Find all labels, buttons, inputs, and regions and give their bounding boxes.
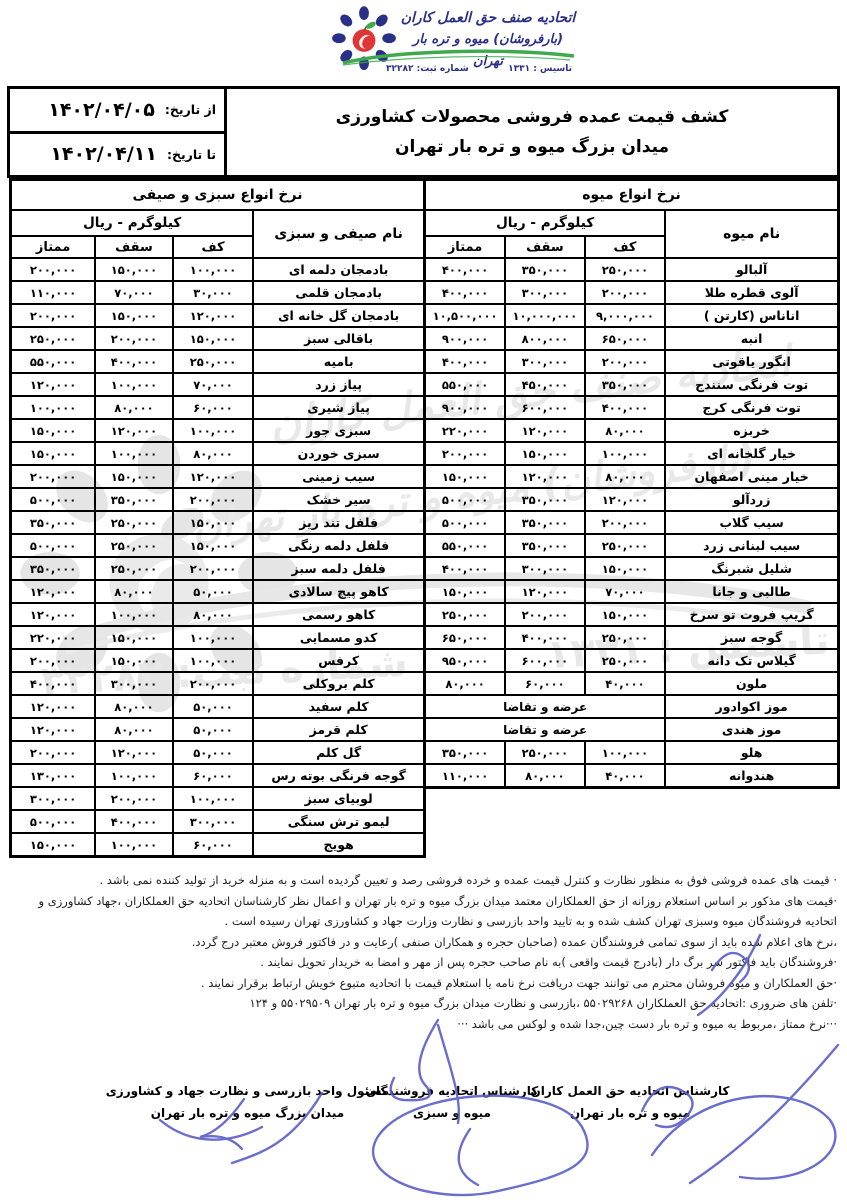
product-name: اناناس (کارتن ) <box>665 304 838 327</box>
fruit-price-table: نرخ انواع میوه نام میوه کیلوگرم - ریال ک… <box>423 178 840 789</box>
signature-subtitle: میدان بزرگ میوه و تره بار تهران <box>100 1102 395 1124</box>
table-row: کدو مسمایی۱۰۰,۰۰۰۱۵۰,۰۰۰۲۲۰,۰۰۰ <box>11 626 425 649</box>
table-row: آلوی قطره طلا۲۰۰,۰۰۰۳۰۰,۰۰۰۴۰۰,۰۰۰ <box>425 281 839 304</box>
price-ceiling: ۱۲۰,۰۰۰ <box>95 419 173 442</box>
price-floor: ۲۵۰,۰۰۰ <box>585 649 666 672</box>
table-row: سبزی خوردن۸۰,۰۰۰۱۰۰,۰۰۰۱۵۰,۰۰۰ <box>11 442 425 465</box>
price-ceiling: ۱۲۰,۰۰۰ <box>505 580 585 603</box>
product-name: فلفل تند ریز <box>253 511 424 534</box>
product-name: خیار گلخانه ای <box>665 442 838 465</box>
table-row: فلفل دلمه رنگی۱۵۰,۰۰۰۲۵۰,۰۰۰۵۰۰,۰۰۰ <box>11 534 425 557</box>
price-floor: ۷۰,۰۰۰ <box>173 373 254 396</box>
price-ceiling: ۱۲۰,۰۰۰ <box>95 741 173 764</box>
product-name: سیب لبنانی زرد <box>665 534 838 557</box>
product-name: بادمجان دلمه ای <box>253 258 424 281</box>
supply-demand-cell: عرضه و تقاضا <box>425 695 666 718</box>
price-floor: ۵۰,۰۰۰ <box>173 580 254 603</box>
table-row: خیار گلخانه ای۱۰۰,۰۰۰۱۵۰,۰۰۰۲۰۰,۰۰۰ <box>425 442 839 465</box>
price-ceiling: ۸۰,۰۰۰ <box>95 695 173 718</box>
table-row: گیلاس تک دانه۲۵۰,۰۰۰۶۰۰,۰۰۰۹۵۰,۰۰۰ <box>425 649 839 672</box>
note-line: ·حق العملکاران و میوه فروشان محترم می تو… <box>10 973 837 994</box>
price-premium: ۱۱۰,۰۰۰ <box>425 764 506 788</box>
product-name: فلفل دلمه سبز <box>253 557 424 580</box>
price-floor: ۹,۰۰۰,۰۰۰ <box>585 304 666 327</box>
price-premium: ۴۰۰,۰۰۰ <box>425 258 506 281</box>
price-premium: ۵۰۰,۰۰۰ <box>11 810 96 833</box>
product-name: گوجه فرنگی بوته رس <box>253 764 424 787</box>
note-line: ···نرخ ممتاز ،مربوط به میوه و تره بار دس… <box>10 1014 837 1035</box>
price-premium: ۹۵۰,۰۰۰ <box>425 649 506 672</box>
table-row: خیار مینی اصفهان۸۰,۰۰۰۱۲۰,۰۰۰۱۵۰,۰۰۰ <box>425 465 839 488</box>
table-row: بادمجان قلمی۳۰,۰۰۰۷۰,۰۰۰۱۱۰,۰۰۰ <box>11 281 425 304</box>
table-row: توت فرنگی سنندج۳۵۰,۰۰۰۴۵۰,۰۰۰۵۵۰,۰۰۰ <box>425 373 839 396</box>
product-name: پیاز شیری <box>253 396 424 419</box>
product-name: زردآلو <box>665 488 838 511</box>
veg-col-ceiling: سقف <box>95 236 173 258</box>
signature-block-inspection-officer: مسئول واحد بازرسی و نظارت جهاد و کشاورزی… <box>100 1080 395 1124</box>
product-name: توت فرنگی سنندج <box>665 373 838 396</box>
note-line: ،نرخ های اعلام شده باید از سوی تمامی فرو… <box>10 932 837 953</box>
table-row: بامیه۲۵۰,۰۰۰۴۰۰,۰۰۰۵۵۰,۰۰۰ <box>11 350 425 373</box>
price-premium: ۵۰۰,۰۰۰ <box>11 488 96 511</box>
price-floor: ۸۰,۰۰۰ <box>585 465 666 488</box>
price-floor: ۱۰۰,۰۰۰ <box>585 442 666 465</box>
price-premium: ۱۲۰,۰۰۰ <box>11 373 96 396</box>
table-row: کلم قرمز۵۰,۰۰۰۸۰,۰۰۰۱۲۰,۰۰۰ <box>11 718 425 741</box>
product-name: سیب زمینی <box>253 465 424 488</box>
price-premium: ۱۵۰,۰۰۰ <box>425 580 506 603</box>
price-premium: ۲۲۰,۰۰۰ <box>11 626 96 649</box>
price-floor: ۱۰۰,۰۰۰ <box>173 626 254 649</box>
price-ceiling: ۴۵۰,۰۰۰ <box>505 373 585 396</box>
price-floor: ۱۰۰,۰۰۰ <box>173 258 254 281</box>
price-floor: ۲۰۰,۰۰۰ <box>585 281 666 304</box>
table-row: پیاز شیری۶۰,۰۰۰۸۰,۰۰۰۱۰۰,۰۰۰ <box>11 396 425 419</box>
price-premium: ۲۰۰,۰۰۰ <box>425 442 506 465</box>
price-ceiling: ۳۵۰,۰۰۰ <box>505 534 585 557</box>
price-premium: ۴۰۰,۰۰۰ <box>425 350 506 373</box>
price-premium: ۱۵۰,۰۰۰ <box>11 833 96 857</box>
product-name: کلم قرمز <box>253 718 424 741</box>
price-premium: ۲۰۰,۰۰۰ <box>11 304 96 327</box>
price-floor: ۱۵۰,۰۰۰ <box>585 603 666 626</box>
table-row: انبه۶۵۰,۰۰۰۸۰۰,۰۰۰۹۰۰,۰۰۰ <box>425 327 839 350</box>
table-row: موز اکوادورعرضه و تقاضا <box>425 695 839 718</box>
price-ceiling: ۸۰,۰۰۰ <box>505 764 585 788</box>
price-floor: ۱۵۰,۰۰۰ <box>173 511 254 534</box>
table-row: گل کلم۵۰,۰۰۰۱۲۰,۰۰۰۲۰۰,۰۰۰ <box>11 741 425 764</box>
product-name: سیر خشک <box>253 488 424 511</box>
table-row: کلم بروکلی۲۰۰,۰۰۰۳۰۰,۰۰۰۴۰۰,۰۰۰ <box>11 672 425 695</box>
product-name: آلبالو <box>665 258 838 281</box>
price-ceiling: ۸۰,۰۰۰ <box>95 718 173 741</box>
price-floor: ۲۰۰,۰۰۰ <box>585 350 666 373</box>
price-ceiling: ۱۲۰,۰۰۰ <box>505 465 585 488</box>
price-floor: ۵۰,۰۰۰ <box>173 718 254 741</box>
table-row: شلیل شبرنگ۱۵۰,۰۰۰۳۰۰,۰۰۰۴۰۰,۰۰۰ <box>425 557 839 580</box>
price-premium: ۲۵۰,۰۰۰ <box>425 603 506 626</box>
established-label: تاسیس : ۱۳۳۱ <box>508 64 572 74</box>
price-floor: ۸۰,۰۰۰ <box>173 442 254 465</box>
table-row: انگور یاقوتی۲۰۰,۰۰۰۳۰۰,۰۰۰۴۰۰,۰۰۰ <box>425 350 839 373</box>
table-row: اناناس (کارتن )۹,۰۰۰,۰۰۰۱۰,۰۰۰,۰۰۰۱۰,۵۰۰… <box>425 304 839 327</box>
product-name: هندوانه <box>665 764 838 788</box>
veg-unit-header: کیلوگرم - ریال <box>11 210 254 236</box>
table-row: طالبی و جانا۷۰,۰۰۰۱۲۰,۰۰۰۱۵۰,۰۰۰ <box>425 580 839 603</box>
price-premium: ۲۰۰,۰۰۰ <box>11 258 96 281</box>
price-floor: ۱۲۰,۰۰۰ <box>585 488 666 511</box>
title-line1: کشف قیمت عمده فروشی محصولات کشاورزی <box>227 102 837 132</box>
price-floor: ۵۰,۰۰۰ <box>173 695 254 718</box>
product-name: گریپ فروت تو سرخ <box>665 603 838 626</box>
product-name: سیب گلاب <box>665 511 838 534</box>
price-floor: ۶۰,۰۰۰ <box>173 833 254 857</box>
price-floor: ۱۵۰,۰۰۰ <box>173 534 254 557</box>
price-ceiling: ۳۵۰,۰۰۰ <box>95 488 173 511</box>
product-name: پیاز زرد <box>253 373 424 396</box>
table-row: موز هندیعرضه و تقاضا <box>425 718 839 741</box>
price-ceiling: ۱۰۰,۰۰۰ <box>95 442 173 465</box>
price-floor: ۳۰۰,۰۰۰ <box>173 810 254 833</box>
date-from-label: از تاریخ: <box>165 102 216 117</box>
price-floor: ۴۰,۰۰۰ <box>585 672 666 695</box>
table-row: هویج۶۰,۰۰۰۱۰۰,۰۰۰۱۵۰,۰۰۰ <box>11 833 425 857</box>
product-name: موز اکوادور <box>665 695 838 718</box>
price-floor: ۶۵۰,۰۰۰ <box>585 327 666 350</box>
note-line: ·تلفن های ضروری :اتحادیه حق العملکاران ۵… <box>10 993 837 1014</box>
price-floor: ۴۰,۰۰۰ <box>585 764 666 788</box>
price-floor: ۶۰,۰۰۰ <box>173 764 254 787</box>
price-premium: ۵۵۰,۰۰۰ <box>425 534 506 557</box>
table-row: بادمجان دلمه ای۱۰۰,۰۰۰۱۵۰,۰۰۰۲۰۰,۰۰۰ <box>11 258 425 281</box>
product-name: کاهو پیچ سالادی <box>253 580 424 603</box>
price-ceiling: ۱۰۰,۰۰۰ <box>95 764 173 787</box>
product-name: ملون <box>665 672 838 695</box>
note-line: ·قیمت های مذکور بر اساس استعلام روزانه ا… <box>10 891 837 912</box>
price-ceiling: ۱۵۰,۰۰۰ <box>95 649 173 672</box>
price-ceiling: ۲۵۰,۰۰۰ <box>505 741 585 764</box>
price-ceiling: ۱۵۰,۰۰۰ <box>95 258 173 281</box>
product-name: خیار مینی اصفهان <box>665 465 838 488</box>
price-ceiling: ۶۰,۰۰۰ <box>505 672 585 695</box>
price-premium: ۳۵۰,۰۰۰ <box>11 511 96 534</box>
price-ceiling: ۱۲۰,۰۰۰ <box>505 419 585 442</box>
price-premium: ۱۱۰,۰۰۰ <box>11 281 96 304</box>
price-premium: ۱۵۰,۰۰۰ <box>11 419 96 442</box>
price-ceiling: ۱۵۰,۰۰۰ <box>95 626 173 649</box>
price-floor: ۵۰,۰۰۰ <box>173 741 254 764</box>
table-row: آلبالو۲۵۰,۰۰۰۳۵۰,۰۰۰۴۰۰,۰۰۰ <box>425 258 839 281</box>
price-premium: ۲۰۰,۰۰۰ <box>11 741 96 764</box>
price-ceiling: ۶۰۰,۰۰۰ <box>505 396 585 419</box>
price-premium: ۵۰۰,۰۰۰ <box>425 511 506 534</box>
price-ceiling: ۶۰۰,۰۰۰ <box>505 649 585 672</box>
note-line: ·فروشندگان باید فاکتور سر برگ دار (بادرج… <box>10 952 837 973</box>
date-from-row: از تاریخ: ۱۴۰۲/۰۴/۰۵ <box>10 89 224 131</box>
price-floor: ۲۵۰,۰۰۰ <box>585 626 666 649</box>
price-tables: نرخ انواع میوه نام میوه کیلوگرم - ریال ک… <box>7 178 840 858</box>
price-ceiling: ۲۵۰,۰۰۰ <box>95 511 173 534</box>
table-row: کاهو رسمی۸۰,۰۰۰۱۰۰,۰۰۰۱۲۰,۰۰۰ <box>11 603 425 626</box>
price-premium: ۵۵۰,۰۰۰ <box>425 373 506 396</box>
table-row: زردآلو۱۲۰,۰۰۰۳۵۰,۰۰۰۵۰۰,۰۰۰ <box>425 488 839 511</box>
price-premium: ۹۰۰,۰۰۰ <box>425 327 506 350</box>
product-name: فلفل دلمه رنگی <box>253 534 424 557</box>
price-ceiling: ۲۰۰,۰۰۰ <box>505 603 585 626</box>
table-row: لیمو ترش سنگی۳۰۰,۰۰۰۴۰۰,۰۰۰۵۰۰,۰۰۰ <box>11 810 425 833</box>
price-floor: ۲۵۰,۰۰۰ <box>173 350 254 373</box>
table-row: گوجه سبز۲۵۰,۰۰۰۴۰۰,۰۰۰۶۵۰,۰۰۰ <box>425 626 839 649</box>
price-ceiling: ۲۵۰,۰۰۰ <box>95 534 173 557</box>
table-row: فلفل دلمه سبز۲۰۰,۰۰۰۲۵۰,۰۰۰۳۵۰,۰۰۰ <box>11 557 425 580</box>
table-row: سیر خشک۲۰۰,۰۰۰۳۵۰,۰۰۰۵۰۰,۰۰۰ <box>11 488 425 511</box>
price-premium: ۵۵۰,۰۰۰ <box>11 350 96 373</box>
price-floor: ۷۰,۰۰۰ <box>585 580 666 603</box>
price-floor: ۱۰۰,۰۰۰ <box>173 419 254 442</box>
price-floor: ۲۰۰,۰۰۰ <box>173 557 254 580</box>
price-premium: ۴۰۰,۰۰۰ <box>11 672 96 695</box>
table-row: هندوانه۴۰,۰۰۰۸۰,۰۰۰۱۱۰,۰۰۰ <box>425 764 839 788</box>
product-name: کاهو رسمی <box>253 603 424 626</box>
price-floor: ۳۵۰,۰۰۰ <box>585 373 666 396</box>
table-row: گوجه فرنگی بوته رس۶۰,۰۰۰۱۰۰,۰۰۰۱۳۰,۰۰۰ <box>11 764 425 787</box>
table-row: خربزه۸۰,۰۰۰۱۲۰,۰۰۰۲۲۰,۰۰۰ <box>425 419 839 442</box>
price-premium: ۲۲۰,۰۰۰ <box>425 419 506 442</box>
price-floor: ۴۰۰,۰۰۰ <box>585 396 666 419</box>
product-name: بادمجان قلمی <box>253 281 424 304</box>
date-to-value: ۱۴۰۲/۰۴/۱۱ <box>50 143 157 165</box>
product-name: آلوی قطره طلا <box>665 281 838 304</box>
price-floor: ۸۰,۰۰۰ <box>173 603 254 626</box>
price-floor: ۸۰,۰۰۰ <box>585 419 666 442</box>
price-premium: ۲۵۰,۰۰۰ <box>11 327 96 350</box>
price-premium: ۳۵۰,۰۰۰ <box>11 557 96 580</box>
price-floor: ۱۲۰,۰۰۰ <box>173 465 254 488</box>
note-line: اتحادیه فروشندگان میوه وسبزی تهران کشف ش… <box>10 911 837 932</box>
date-from-value: ۱۴۰۲/۰۴/۰۵ <box>48 99 155 121</box>
product-name: خربزه <box>665 419 838 442</box>
price-premium: ۱۰۰,۰۰۰ <box>11 396 96 419</box>
document-title: کشف قیمت عمده فروشی محصولات کشاورزی میدا… <box>227 89 837 175</box>
fruit-col-floor: کف <box>585 236 666 258</box>
product-name: توت فرنگی کرج <box>665 396 838 419</box>
price-premium: ۱۲۰,۰۰۰ <box>11 580 96 603</box>
product-name: هویج <box>253 833 424 857</box>
price-ceiling: ۳۵۰,۰۰۰ <box>505 258 585 281</box>
price-floor: ۲۰۰,۰۰۰ <box>173 672 254 695</box>
registration-line: تاسیس : ۱۳۳۱ شماره ثبت: ۳۲۲۸۲ <box>386 64 572 74</box>
price-premium: ۱۲۰,۰۰۰ <box>11 718 96 741</box>
price-ceiling: ۸۰۰,۰۰۰ <box>505 327 585 350</box>
product-name: طالبی و جانا <box>665 580 838 603</box>
table-row: بادمجان گل خانه ای۱۲۰,۰۰۰۱۵۰,۰۰۰۲۰۰,۰۰۰ <box>11 304 425 327</box>
price-premium: ۵۰۰,۰۰۰ <box>425 488 506 511</box>
footnotes: · قیمت های عمده فروشی فوق به منظور نظارت… <box>10 870 837 1034</box>
product-name: بادمجان گل خانه ای <box>253 304 424 327</box>
product-name: بامیه <box>253 350 424 373</box>
registration-label: شماره ثبت: ۳۲۲۸۲ <box>386 64 469 74</box>
product-name: سبزی خوردن <box>253 442 424 465</box>
table-row: سبزی جور۱۰۰,۰۰۰۱۲۰,۰۰۰۱۵۰,۰۰۰ <box>11 419 425 442</box>
price-ceiling: ۳۰۰,۰۰۰ <box>505 350 585 373</box>
price-ceiling: ۳۰۰,۰۰۰ <box>95 672 173 695</box>
price-premium: ۱۲۰,۰۰۰ <box>11 603 96 626</box>
price-premium: ۸۰,۰۰۰ <box>425 672 506 695</box>
price-ceiling: ۲۰۰,۰۰۰ <box>95 327 173 350</box>
fruit-col-ceiling: سقف <box>505 236 585 258</box>
table-row: کرفس۱۰۰,۰۰۰۱۵۰,۰۰۰۲۰۰,۰۰۰ <box>11 649 425 672</box>
price-premium: ۴۰۰,۰۰۰ <box>425 557 506 580</box>
price-premium: ۲۰۰,۰۰۰ <box>11 649 96 672</box>
price-ceiling: ۱۰۰,۰۰۰ <box>95 833 173 857</box>
product-name: کدو مسمایی <box>253 626 424 649</box>
price-ceiling: ۲۰۰,۰۰۰ <box>95 787 173 810</box>
product-name: کرفس <box>253 649 424 672</box>
price-floor: ۱۰۰,۰۰۰ <box>585 741 666 764</box>
org-name-line1: اتحادیه صنف حق العمل کاران <box>398 7 578 29</box>
signature-title: مسئول واحد بازرسی و نظارت جهاد و کشاورزی <box>100 1080 395 1102</box>
price-ceiling: ۴۰۰,۰۰۰ <box>95 350 173 373</box>
product-name: باقالی سبز <box>253 327 424 350</box>
product-name: کلم بروکلی <box>253 672 424 695</box>
product-name: انبه <box>665 327 838 350</box>
table-row: پیاز زرد۷۰,۰۰۰۱۰۰,۰۰۰۱۲۰,۰۰۰ <box>11 373 425 396</box>
price-ceiling: ۳۰۰,۰۰۰ <box>505 557 585 580</box>
price-floor: ۶۰,۰۰۰ <box>173 396 254 419</box>
price-ceiling: ۱۰۰,۰۰۰ <box>95 603 173 626</box>
veg-col-floor: کف <box>173 236 254 258</box>
product-name: گیلاس تک دانه <box>665 649 838 672</box>
price-floor: ۲۵۰,۰۰۰ <box>585 534 666 557</box>
price-ceiling: ۱۵۰,۰۰۰ <box>95 465 173 488</box>
price-ceiling: ۸۰,۰۰۰ <box>95 396 173 419</box>
price-floor: ۳۰,۰۰۰ <box>173 281 254 304</box>
price-premium: ۱۵۰,۰۰۰ <box>11 442 96 465</box>
price-ceiling: ۷۰,۰۰۰ <box>95 281 173 304</box>
table-row: توت فرنگی کرج۴۰۰,۰۰۰۶۰۰,۰۰۰۹۰۰,۰۰۰ <box>425 396 839 419</box>
table-row: ملون۴۰,۰۰۰۶۰,۰۰۰۸۰,۰۰۰ <box>425 672 839 695</box>
price-premium: ۲۰۰,۰۰۰ <box>11 465 96 488</box>
date-range-box: از تاریخ: ۱۴۰۲/۰۴/۰۵ تا تاریخ: ۱۴۰۲/۰۴/۱… <box>10 89 227 175</box>
price-premium: ۱۵۰,۰۰۰ <box>425 465 506 488</box>
fruit-col-premium: ممتاز <box>425 236 506 258</box>
price-premium: ۳۰۰,۰۰۰ <box>11 787 96 810</box>
date-to-label: تا تاریخ: <box>167 147 216 162</box>
price-premium: ۹۰۰,۰۰۰ <box>425 396 506 419</box>
product-name: لیمو ترش سنگی <box>253 810 424 833</box>
price-premium: ۵۰۰,۰۰۰ <box>11 534 96 557</box>
table-row: سیب زمینی۱۲۰,۰۰۰۱۵۰,۰۰۰۲۰۰,۰۰۰ <box>11 465 425 488</box>
veg-col-premium: ممتاز <box>11 236 96 258</box>
price-floor: ۲۰۰,۰۰۰ <box>173 488 254 511</box>
product-name: لوبیای سبز <box>253 787 424 810</box>
date-to-row: تا تاریخ: ۱۴۰۲/۰۴/۱۱ <box>10 131 224 176</box>
table-row: لوبیای سبز۱۰۰,۰۰۰۲۰۰,۰۰۰۳۰۰,۰۰۰ <box>11 787 425 810</box>
fruit-section-title: نرخ انواع میوه <box>425 180 839 211</box>
price-premium: ۱۲۰,۰۰۰ <box>11 695 96 718</box>
veg-name-header: نام صیفی و سبزی <box>253 210 424 258</box>
price-ceiling: ۱۵۰,۰۰۰ <box>95 304 173 327</box>
price-floor: ۱۵۰,۰۰۰ <box>585 557 666 580</box>
price-ceiling: ۴۰۰,۰۰۰ <box>505 626 585 649</box>
veg-section-title: نرخ انواع سبزی و صیفی <box>11 180 425 211</box>
price-ceiling: ۳۵۰,۰۰۰ <box>505 511 585 534</box>
price-ceiling: ۲۵۰,۰۰۰ <box>95 557 173 580</box>
price-ceiling: ۱۰۰,۰۰۰ <box>95 373 173 396</box>
table-row: فلفل تند ریز۱۵۰,۰۰۰۲۵۰,۰۰۰۳۵۰,۰۰۰ <box>11 511 425 534</box>
product-name: گل کلم <box>253 741 424 764</box>
product-name: هلو <box>665 741 838 764</box>
supply-demand-cell: عرضه و تقاضا <box>425 718 666 741</box>
price-floor: ۲۵۰,۰۰۰ <box>585 258 666 281</box>
table-row: کلم سفید۵۰,۰۰۰۸۰,۰۰۰۱۲۰,۰۰۰ <box>11 695 425 718</box>
price-premium: ۳۵۰,۰۰۰ <box>425 741 506 764</box>
product-name: انگور یاقوتی <box>665 350 838 373</box>
table-row: باقالی سبز۱۵۰,۰۰۰۲۰۰,۰۰۰۲۵۰,۰۰۰ <box>11 327 425 350</box>
table-row: سیب لبنانی زرد۲۵۰,۰۰۰۳۵۰,۰۰۰۵۵۰,۰۰۰ <box>425 534 839 557</box>
price-premium: ۶۵۰,۰۰۰ <box>425 626 506 649</box>
price-floor: ۱۰۰,۰۰۰ <box>173 649 254 672</box>
table-row: سیب گلاب۲۰۰,۰۰۰۳۵۰,۰۰۰۵۰۰,۰۰۰ <box>425 511 839 534</box>
price-floor: ۱۵۰,۰۰۰ <box>173 327 254 350</box>
product-name: شلیل شبرنگ <box>665 557 838 580</box>
fruit-unit-header: کیلوگرم - ریال <box>425 210 666 236</box>
price-premium: ۴۰۰,۰۰۰ <box>425 281 506 304</box>
price-ceiling: ۱۰,۰۰۰,۰۰۰ <box>505 304 585 327</box>
price-premium: ۱۳۰,۰۰۰ <box>11 764 96 787</box>
scanned-price-bulletin: اتحادیه صنف حق العمل کاران (بارفروشان) م… <box>0 0 847 1200</box>
product-name: گوجه سبز <box>665 626 838 649</box>
product-name: موز هندی <box>665 718 838 741</box>
price-ceiling: ۱۵۰,۰۰۰ <box>505 442 585 465</box>
title-line2: میدان بزرگ میوه و تره بار تهران <box>227 132 837 162</box>
price-premium: ۱۰,۵۰۰,۰۰۰ <box>425 304 506 327</box>
price-ceiling: ۳۵۰,۰۰۰ <box>505 488 585 511</box>
vegetable-price-table: نرخ انواع سبزی و صیفی نام صیفی و سبزی کی… <box>9 178 426 858</box>
price-floor: ۱۰۰,۰۰۰ <box>173 787 254 810</box>
fruit-name-header: نام میوه <box>665 210 838 258</box>
price-floor: ۱۲۰,۰۰۰ <box>173 304 254 327</box>
price-ceiling: ۴۰۰,۰۰۰ <box>95 810 173 833</box>
table-row: هلو۱۰۰,۰۰۰۲۵۰,۰۰۰۳۵۰,۰۰۰ <box>425 741 839 764</box>
price-ceiling: ۸۰,۰۰۰ <box>95 580 173 603</box>
signature-area: کارشناس اتحادیه حق العمل کاران میوه و تر… <box>0 1078 847 1200</box>
product-name: سبزی جور <box>253 419 424 442</box>
product-name: کلم سفید <box>253 695 424 718</box>
table-row: کاهو پیچ سالادی۵۰,۰۰۰۸۰,۰۰۰۱۲۰,۰۰۰ <box>11 580 425 603</box>
price-floor: ۲۰۰,۰۰۰ <box>585 511 666 534</box>
note-line: · قیمت های عمده فروشی فوق به منظور نظارت… <box>10 870 837 891</box>
letterhead: اتحادیه صنف حق العمل کاران (بارفروشان) م… <box>0 0 847 86</box>
table-row: گریپ فروت تو سرخ۱۵۰,۰۰۰۲۰۰,۰۰۰۲۵۰,۰۰۰ <box>425 603 839 626</box>
price-ceiling: ۳۰۰,۰۰۰ <box>505 281 585 304</box>
document-header: کشف قیمت عمده فروشی محصولات کشاورزی میدا… <box>7 86 840 178</box>
